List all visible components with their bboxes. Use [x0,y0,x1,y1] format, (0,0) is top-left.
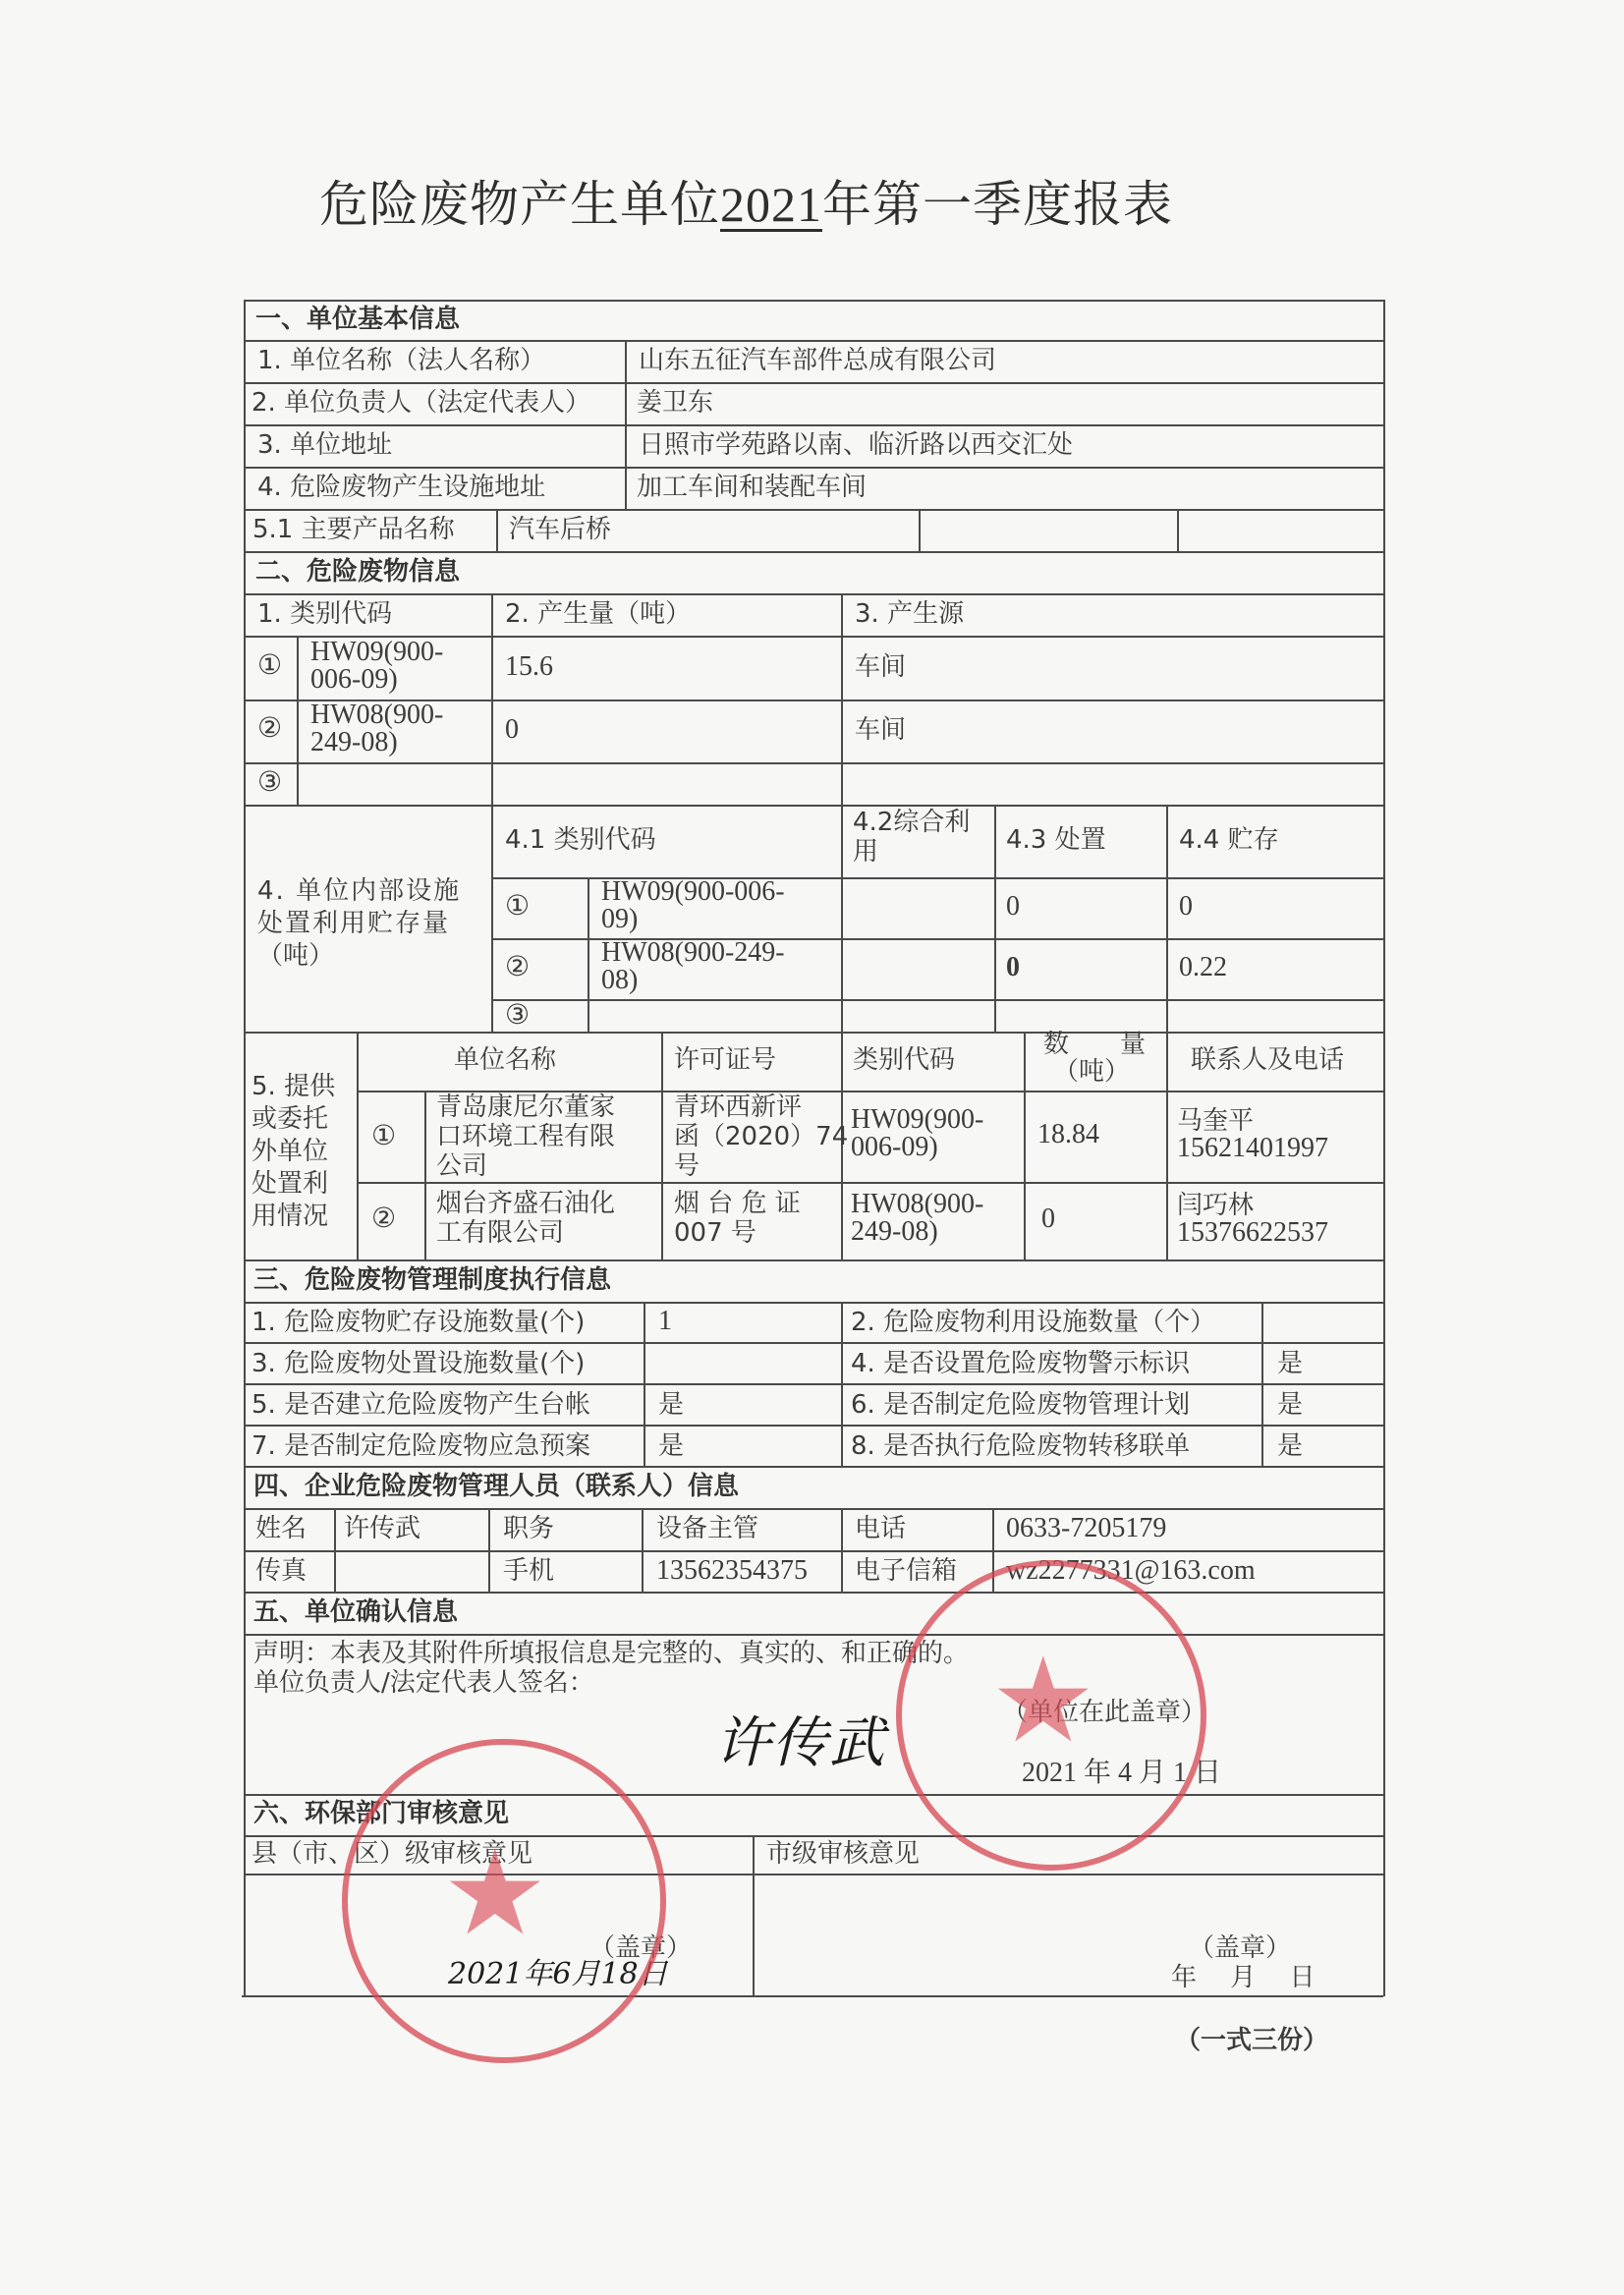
confirm-date: 2021 年 4 月 1 日 [1022,1759,1221,1788]
contact-title-label: 职务 [503,1514,554,1543]
ext-license-line2: 007 号 [674,1218,756,1248]
col-ext-qty: 数 量 [1043,1030,1146,1059]
ext-contact-phone: 15621401997 [1177,1134,1328,1163]
col-internal-code: 4.1 类别代码 [505,825,656,855]
ext-license-line1: 烟 台 危 证 [674,1189,801,1218]
internal-disposal: 0 [1006,953,1020,982]
waste-code-line2: 006-09) [310,666,398,694]
mgmt-value: 是 [1277,1390,1303,1420]
waste-source: 车间 [855,652,906,682]
ext-contact-name: 马奎平 [1177,1106,1254,1136]
external-label-line5: 用情况 [252,1201,328,1233]
legal-rep-label: 2. 单位负责人（法定代表人） [252,388,590,418]
title-prefix: 危险废物产生单位 [319,176,720,233]
internal-code-line2: 08) [601,967,638,994]
ext-qty: 0 [1041,1204,1055,1234]
mgmt-value: 是 [658,1431,684,1461]
col-ext-contact: 联系人及电话 [1191,1045,1344,1075]
internal-storage: 0 [1179,892,1193,922]
section6-header: 六、环保部门审核意见 [253,1799,509,1828]
waste-amount: 15.6 [505,652,553,682]
ext-name-line2: 工有限公司 [436,1218,564,1248]
col-ext-unit-name: 单位名称 [454,1045,556,1075]
waste-code-line2: 249-08) [310,729,398,756]
col-source: 3. 产生源 [855,599,964,629]
ext-code-line2: 249-08) [851,1218,938,1246]
col-internal-disposal: 4.3 处置 [1006,825,1106,855]
section3-header: 三、危险废物管理制度执行信息 [253,1265,611,1295]
mgmt-label: 2. 危险废物利用设施数量（个） [851,1308,1215,1337]
mgmt-value: 1 [658,1307,672,1336]
col-ext-license: 许可证号 [674,1045,776,1075]
legal-rep-value: 姜卫东 [637,388,713,418]
mgmt-label: 6. 是否制定危险废物管理计划 [851,1390,1190,1420]
col-internal-reuse-line1: 4.2综合利 [853,808,970,837]
ext-contact-phone: 15376622537 [1177,1218,1328,1248]
declaration-statement: 声明：本表及其附件所填报信息是完整的、真实的、和正确的。 [253,1639,969,1668]
external-label-line4: 处置利 [252,1168,328,1201]
signature: 许传武 [715,1700,886,1778]
mgmt-value: 是 [1277,1431,1303,1461]
ext-code-line1: HW08(900- [851,1191,983,1218]
unit-name-value: 山东五征汽车部件总成有限公司 [639,346,996,375]
row-number: ① [257,651,282,681]
signature-label: 单位负责人/法定代表人签名： [253,1668,594,1698]
internal-disposal: 0 [1006,892,1020,922]
product-value-1: 汽车后桥 [509,515,611,544]
section5-header: 五、单位确认信息 [253,1597,458,1627]
city-review-label: 市级审核意见 [766,1839,920,1869]
mgmt-label: 8. 是否执行危险废物转移联单 [851,1431,1190,1461]
internal-code-line2: 09) [601,906,638,933]
county-review-label: 县（市、区）级审核意见 [252,1839,532,1869]
internal-code-line1: HW09(900-006- [601,878,785,906]
external-label-line2: 或委托 [252,1103,328,1136]
contact-name-label: 姓名 [255,1514,307,1543]
contact-email-label: 电子信箱 [855,1556,957,1586]
internal-label-line3: （吨） [257,940,334,973]
contact-phone-label: 电话 [855,1514,906,1543]
contact-name: 许传武 [344,1514,420,1543]
row-number: ① [371,1122,396,1151]
facility-address-label: 4. 危险废物产生设施地址 [257,473,545,502]
address-value: 日照市学苑路以南、临沂路以西交汇处 [639,430,1073,460]
report-title: 危险废物产生单位2021年第一季度报表 [319,165,1173,236]
contact-email: wz2277331@163.com [1006,1556,1256,1586]
external-label-line3: 外单位 [252,1136,328,1168]
internal-label-line2: 处置利用贮存量 [257,908,450,940]
contact-title: 设备主管 [656,1514,758,1543]
title-suffix: 年第一季度报表 [822,176,1173,233]
agency-seal-stamp: ★ [342,1739,666,2063]
county-review-date: 2021年6月18日 [448,1960,668,1989]
ext-license-line2: 函（2020）74 [674,1122,848,1151]
col-category-code: 1. 类别代码 [257,599,392,629]
report-year: 2021 [720,177,822,232]
mgmt-value: 是 [658,1390,684,1420]
mgmt-value: 是 [1277,1349,1303,1378]
ext-license-line3: 号 [674,1151,700,1181]
mgmt-label: 4. 是否设置危险废物警示标识 [851,1349,1190,1378]
waste-source: 车间 [855,715,906,745]
contact-fax-label: 传真 [255,1556,307,1586]
ext-name-line2: 口环境工程有限 [436,1122,615,1151]
contact-mobile-label: 手机 [503,1556,554,1586]
section1-header: 一、单位基本信息 [255,305,460,334]
copies-note: （一式三份） [1175,2026,1328,2055]
internal-label-line1: 4. 单位内部设施 [257,875,461,908]
row-number: ③ [505,1001,530,1031]
contact-mobile: 13562354375 [656,1556,808,1586]
row-number: ② [505,953,530,982]
section4-header: 四、企业危险废物管理人员（联系人）信息 [253,1472,739,1501]
ext-name-line1: 烟台齐盛石油化 [436,1189,615,1218]
facility-address-value: 加工车间和装配车间 [637,473,867,502]
contact-phone: 0633-7205179 [1006,1514,1166,1543]
city-seal-note: （盖章） [1189,1933,1291,1963]
row-number: ② [257,714,282,744]
waste-code-line1: HW08(900- [310,701,443,729]
ext-license-line1: 青环西新评 [674,1092,802,1122]
ext-name-line1: 青岛康尼尔董家 [436,1092,615,1122]
unit-name-label: 1. 单位名称（法人名称） [257,346,545,375]
ext-contact-name: 闫巧林 [1177,1191,1254,1220]
row-number: ③ [257,768,282,798]
internal-storage: 0.22 [1179,953,1227,982]
mgmt-label: 7. 是否制定危险废物应急预案 [252,1431,590,1461]
internal-code-line1: HW08(900-249- [601,939,785,967]
waste-amount: 0 [505,715,519,745]
city-review-date: 年 月 日 [1171,1963,1316,1992]
mgmt-label: 3. 危险废物处置设施数量(个) [252,1349,585,1378]
external-label-line1: 5. 提供 [252,1071,335,1103]
ext-name-line3: 公司 [436,1151,487,1181]
col-internal-storage: 4.4 贮存 [1179,825,1279,855]
ext-code-line2: 006-09) [851,1134,938,1161]
mgmt-label: 5. 是否建立危险废物产生台帐 [252,1390,590,1420]
seal-note: （单位在此盖章） [1002,1698,1206,1727]
row-number: ① [505,892,530,922]
row-number: ② [371,1204,396,1234]
ext-code-line1: HW09(900- [851,1106,983,1134]
waste-code-line1: HW09(900- [310,639,443,666]
address-label: 3. 单位地址 [257,430,392,460]
col-internal-reuse-line2: 用 [853,837,878,867]
ext-qty: 18.84 [1037,1120,1099,1149]
product-label: 5.1 主要产品名称 [252,515,455,544]
mgmt-label: 1. 危险废物贮存设施数量(个) [252,1308,585,1337]
col-ext-qty-unit: （吨） [1053,1057,1130,1087]
section2-header: 二、危险废物信息 [255,557,460,587]
col-ext-code: 类别代码 [853,1045,955,1075]
col-amount: 2. 产生量（吨） [505,599,691,629]
